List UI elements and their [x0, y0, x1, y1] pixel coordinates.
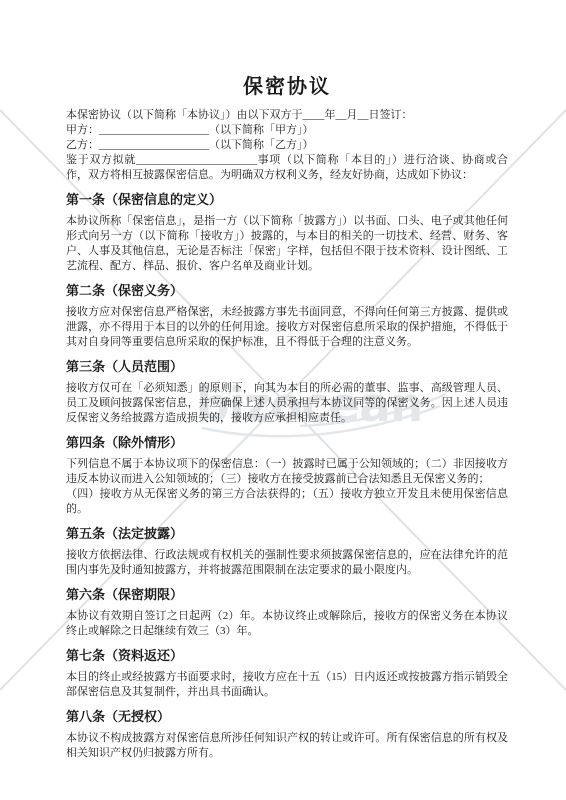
article-body: 本目的终止或经披露方书面要求时，接收方应在十五（15）日内返还或按披露方指示销毁… — [66, 670, 508, 700]
intro-line: 鉴于双方拟就______________________事项（以下简称「本目的」… — [66, 153, 508, 183]
articles-section: 第一条（保密信息的定义）本协议所称「保密信息」，是指一方（以下简称「披露方」）以… — [66, 192, 508, 761]
article-body: 接收方依据法律、行政法规或有权机关的强制性要求须披露保密信息的，应在法律允许的范… — [66, 548, 508, 578]
intro-section: 本保密协议（以下简称「本协议」）由以下双方于____年__月__日签订：甲方：_… — [66, 108, 508, 183]
document-page: bizocean 保密协议 本保密协议（以下简称「本协议」）由以下双方于____… — [0, 0, 566, 800]
article: 第二条（保密义务）接收方应对保密信息严格保密，未经披露方事先书面同意，不得向任何… — [66, 283, 508, 350]
article-body: 本协议不构成披露方对保密信息所涉任何知识产权的转让或许可。所有保密信息的所有权及… — [66, 731, 508, 761]
article-heading: 第二条（保密义务） — [66, 283, 508, 299]
article-heading: 第三条（人员范围） — [66, 359, 508, 375]
document-title: 保密协议 — [66, 76, 508, 98]
article-body: 本协议有效期自签订之日起两（2）年。本协议终止或解除后，接收方的保密义务在本协议… — [66, 609, 508, 639]
article-heading: 第七条（资料返还） — [66, 648, 508, 664]
article: 第五条（法定披露）接收方依据法律、行政法规或有权机关的强制性要求须披露保密信息的… — [66, 526, 508, 578]
article: 第一条（保密信息的定义）本协议所称「保密信息」，是指一方（以下简称「披露方」）以… — [66, 192, 508, 274]
article-heading: 第一条（保密信息的定义） — [66, 192, 508, 208]
article-body: 下列信息不属于本协议项下的保密信息：（一）披露时已属于公知领域的；（二）非因接收… — [66, 457, 508, 517]
article-heading: 第八条（无授权） — [66, 709, 508, 725]
intro-line: 乙方：____________________（以下简称「乙方」） — [66, 138, 508, 153]
article: 第六条（保密期限）本协议有效期自签订之日起两（2）年。本协议终止或解除后，接收方… — [66, 587, 508, 639]
intro-line: 本保密协议（以下简称「本协议」）由以下双方于____年__月__日签订： — [66, 108, 508, 123]
article-heading: 第六条（保密期限） — [66, 587, 508, 603]
article: 第三条（人员范围）接收方仅可在「必须知悉」的原则下，向其为本目的所必需的董事、监… — [66, 359, 508, 426]
intro-line: 甲方：____________________（以下简称「甲方」） — [66, 123, 508, 138]
document-content: 保密协议 本保密协议（以下简称「本协议」）由以下双方于____年__月__日签订… — [66, 76, 508, 761]
article-body: 接收方仅可在「必须知悉」的原则下，向其为本目的所必需的董事、监事、高级管理人员、… — [66, 381, 508, 426]
article-body: 本协议所称「保密信息」，是指一方（以下简称「披露方」）以书面、口头、电子或其他任… — [66, 214, 508, 274]
article: 第七条（资料返还）本目的终止或经披露方书面要求时，接收方应在十五（15）日内返还… — [66, 648, 508, 700]
article-heading: 第四条（除外情形） — [66, 435, 508, 451]
article-heading: 第五条（法定披露） — [66, 526, 508, 542]
article-body: 接收方应对保密信息严格保密，未经披露方事先书面同意，不得向任何第三方披露、提供或… — [66, 305, 508, 350]
article: 第四条（除外情形）下列信息不属于本协议项下的保密信息：（一）披露时已属于公知领域… — [66, 435, 508, 517]
article: 第八条（无授权）本协议不构成披露方对保密信息所涉任何知识产权的转让或许可。所有保… — [66, 709, 508, 761]
